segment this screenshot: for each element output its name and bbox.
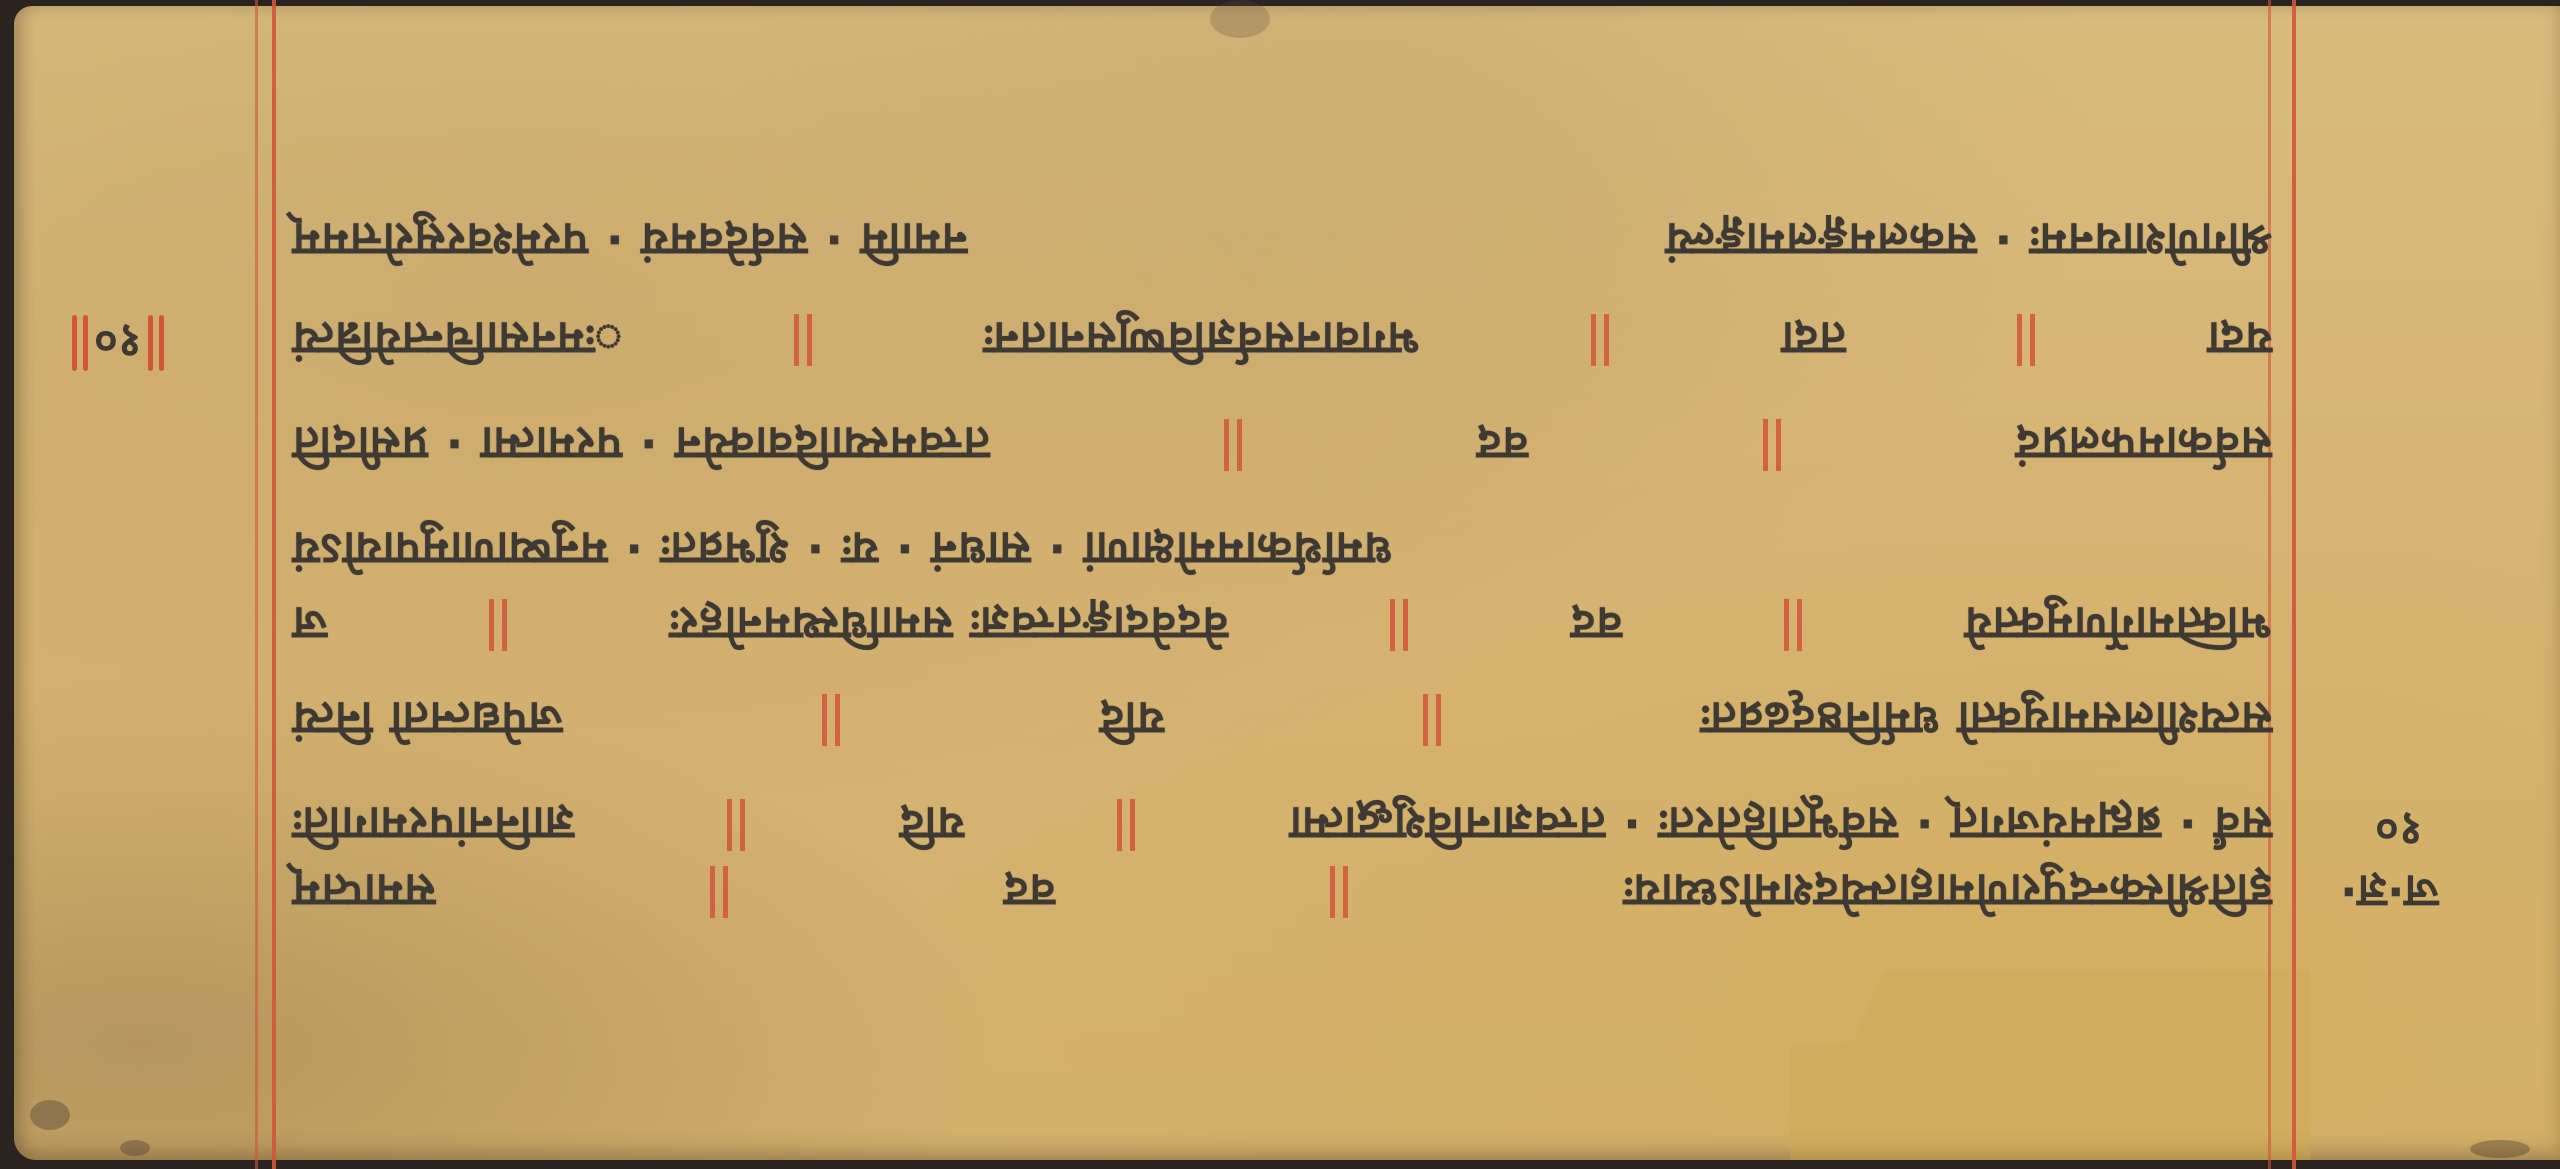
text-segment: वद bbox=[1570, 594, 1622, 656]
left-margin-rule-inner bbox=[272, 0, 276, 1169]
text-line-7: ज्ञानिनांपरमागतिः यदि सर्वं · ब्रह्ममयंज… bbox=[292, 790, 2272, 860]
danda-mark bbox=[72, 315, 77, 371]
rubric-danda bbox=[727, 799, 745, 851]
rubric-danda bbox=[1763, 419, 1781, 471]
ink-stain bbox=[1210, 0, 1270, 38]
right-folio-number: १० bbox=[2375, 800, 2423, 862]
text-segment: यदि bbox=[1099, 689, 1164, 751]
rubric-danda bbox=[794, 314, 812, 366]
rubric-danda bbox=[1224, 419, 1242, 471]
text-line-1: नमामि · सर्वदेवमयं · परमेश्वरसुरोत्तमम् … bbox=[292, 206, 2272, 276]
left-margin-rule-outer bbox=[255, 0, 258, 1169]
text-segment: ज्ञानिनांपरमागतिः bbox=[292, 794, 574, 856]
text-segment: वद bbox=[1003, 861, 1055, 923]
text-line-8: समाप्तम् वद इतिश्रीस्कन्दपुराणेमाहात्म्य… bbox=[292, 857, 2272, 927]
text-line-5: ज वेदवेदाङ्गतत्त्वज्ञः समाधिस्थमनोहरः वद… bbox=[292, 590, 2272, 660]
text-segment: जपेद्यत्नतो नित्यं bbox=[292, 689, 563, 751]
signature-text: ज·ज्ञ· bbox=[2340, 862, 2439, 924]
danda-mark bbox=[148, 315, 153, 371]
rubric-danda bbox=[1117, 799, 1135, 851]
rubric-danda bbox=[1390, 599, 1408, 651]
text-line-6: जपेद्यत्नतो नित्यं यदि सत्यशीलसमायुक्तो … bbox=[292, 685, 2272, 755]
text-line-3: तत्त्वमस्यादिवाक्येन · परमात्मा · प्रसीद… bbox=[292, 410, 2272, 480]
rubric-danda bbox=[1591, 314, 1609, 366]
folio-number-text: १० bbox=[94, 312, 142, 374]
text-segment: इतिश्रीस्कन्दपुराणेमाहात्म्येदशमोऽध्यायः bbox=[1623, 861, 2272, 923]
rubric-danda bbox=[822, 694, 840, 746]
right-signature: ज·ज्ञ· bbox=[2340, 862, 2439, 924]
text-segment: नमामि · सर्वदेवमयं · परमेश्वरसुरोत्तमम् bbox=[292, 210, 967, 272]
text-line-4: धर्मार्थकाममोक्षाणां · साधनं · यः · शुभव… bbox=[292, 515, 2272, 585]
text-segment: धर्मार्थकाममोक्षाणां · साधनं · यः · शुभव… bbox=[292, 519, 1392, 581]
text-segment: श्रीगणेशायनमः · सकलमङ्गलमाङ्गल्यं bbox=[1665, 210, 2272, 272]
text-segment: यदा bbox=[2207, 309, 2272, 371]
danda-mark bbox=[83, 315, 88, 371]
ink-stain bbox=[120, 1140, 150, 1156]
ink-stain bbox=[30, 1100, 70, 1130]
danda-mark bbox=[159, 315, 164, 371]
text-segment: तदा bbox=[1781, 309, 1846, 371]
text-segment: सर्वं · ब्रह्ममयंजगत् · सर्वभूतहितेरतः ·… bbox=[1289, 794, 2272, 856]
rubric-danda bbox=[1784, 599, 1802, 651]
rubric-danda bbox=[2017, 314, 2035, 366]
right-margin-rule-outer bbox=[2292, 0, 2296, 1169]
text-segment: भगवानसर्वज्ञविष्णुसनातनः bbox=[983, 309, 1420, 371]
rubric-danda bbox=[489, 599, 507, 651]
text-segment: समाप्तम् bbox=[292, 861, 435, 923]
text-line-2: ःमनसाचिन्तयेन्नित्यं भगवानसर्वज्ञविष्णुस… bbox=[292, 305, 2272, 375]
left-folio-number: १० bbox=[72, 312, 164, 374]
text-segment: भक्तिमार्गेणमुक्तये bbox=[1964, 594, 2272, 656]
rubric-danda bbox=[710, 866, 728, 918]
text-segment: सर्वकामफलप्रदं bbox=[2015, 414, 2272, 476]
text-segment: यदि bbox=[899, 794, 964, 856]
rubric-danda bbox=[1423, 694, 1441, 746]
folio-number-text: १० bbox=[2375, 800, 2423, 862]
rubric-danda bbox=[1330, 866, 1348, 918]
text-segment: सत्यशीलसमायुक्तो धर्मनिष्ठदृढव्रतः bbox=[1700, 689, 2272, 751]
text-segment: वेदवेदाङ्गतत्त्वज्ञः समाधिस्थमनोहरः bbox=[669, 594, 1228, 656]
text-segment: वद bbox=[1476, 414, 1528, 476]
text-segment: तत्त्वमस्यादिवाक्येन · परमात्मा · प्रसीद… bbox=[292, 414, 990, 476]
text-segment: ःमनसाचिन्तयेन्नित्यं bbox=[292, 309, 622, 371]
text-segment: ज bbox=[292, 594, 327, 656]
ink-stain bbox=[2470, 1140, 2530, 1158]
